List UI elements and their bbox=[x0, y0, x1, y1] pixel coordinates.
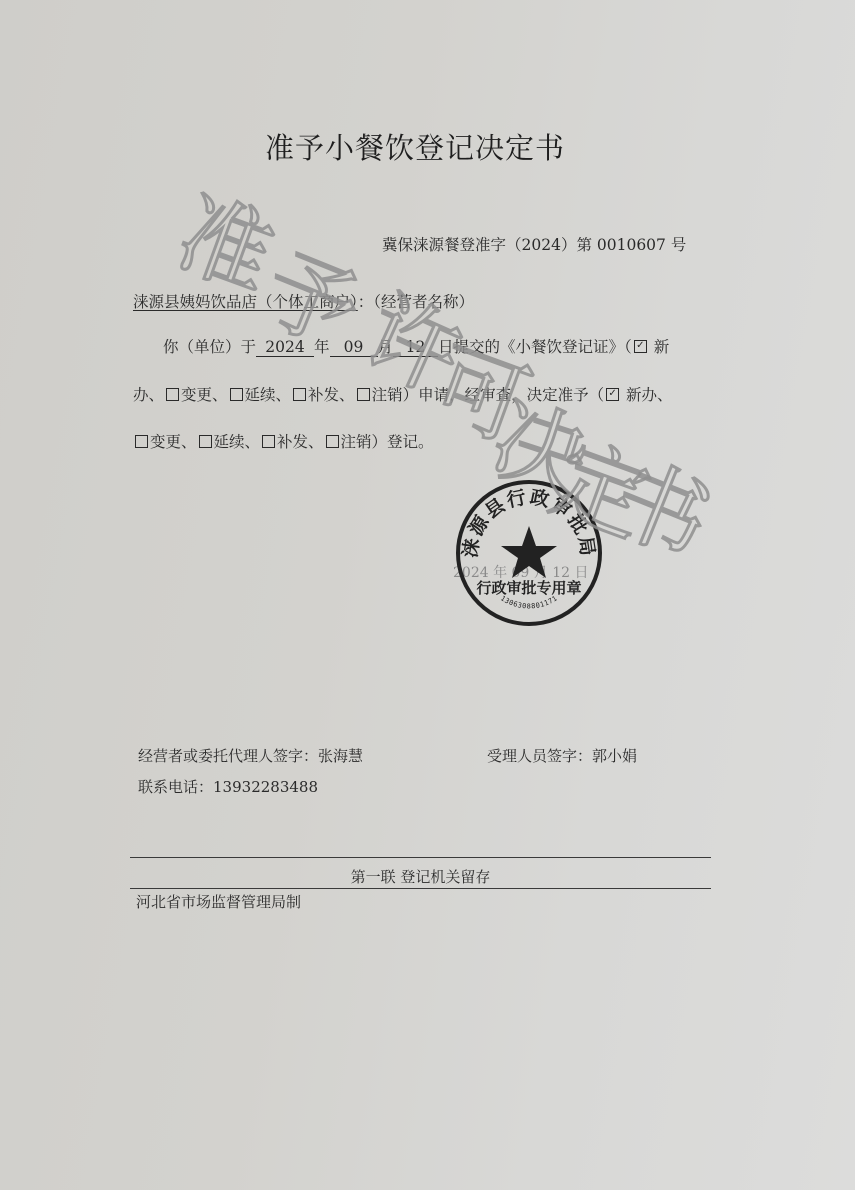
applied-cancel-label: 注销）申请，经审查，决定准予（ bbox=[372, 386, 605, 404]
applied-change-label: 变更、 bbox=[181, 386, 228, 404]
body-line-3: 变更、延续、补发、注销）登记。 bbox=[133, 430, 434, 452]
issuer-label: 河北省市场监督管理局制 bbox=[136, 891, 301, 912]
approved-change-label: 变更、 bbox=[150, 433, 197, 451]
svg-text:书: 书 bbox=[599, 444, 724, 578]
body-prefix: 你（单位）于 bbox=[163, 338, 256, 356]
receiver-signature-label: 受理人员签字： bbox=[487, 747, 592, 765]
applied-cancel-checkbox bbox=[357, 388, 370, 401]
applied-renew-checkbox bbox=[230, 388, 243, 401]
applied-new-checkbox bbox=[634, 340, 647, 353]
approved-reissue-checkbox bbox=[262, 435, 275, 448]
operator-name: 涞源县姨妈饮品店（个体工商户） bbox=[133, 293, 358, 311]
year-field: 2024 bbox=[256, 339, 314, 357]
body-line-2: 办、变更、延续、补发、注销）申请，经审查，决定准予（ 新办、 bbox=[133, 383, 673, 405]
day-field: 12 bbox=[393, 339, 438, 357]
operator-suffix: ：（经营者名称） bbox=[358, 293, 474, 311]
contact-phone: 联系电话：13932283488 bbox=[138, 776, 318, 797]
phone-label: 联系电话： bbox=[138, 778, 213, 796]
receiver-signature: 受理人员签字：郭小娟 bbox=[487, 745, 637, 766]
body-line-1: 你（单位）于2024年09月12日提交的《小餐饮登记证》（ 新 bbox=[163, 335, 669, 357]
document-page: 准予小餐饮登记决定书 冀保涞源餐登准字（2024）第 0010607 号 涞源县… bbox=[0, 0, 855, 1190]
document-title: 准予小餐饮登记决定书 bbox=[0, 126, 830, 167]
applied-change-checkbox bbox=[166, 388, 179, 401]
operator-signature: 经营者或委托代理人签字：张海慧 bbox=[138, 745, 363, 766]
operator-signature-label: 经营者或委托代理人签字： bbox=[138, 747, 318, 765]
seal-purpose: 行政审批专用章 bbox=[476, 579, 581, 597]
day-unit: 日提交的《小餐饮登记证》（ bbox=[438, 338, 632, 356]
copy-label: 第一联 登记机关留存 bbox=[130, 866, 711, 887]
month-field: 09 bbox=[330, 339, 378, 357]
approved-change-checkbox bbox=[135, 435, 148, 448]
applied-new-label-part2: 办、 bbox=[133, 386, 164, 404]
approved-cancel-checkbox bbox=[326, 435, 339, 448]
phone-number: 13932283488 bbox=[213, 778, 318, 796]
applied-reissue-checkbox bbox=[293, 388, 306, 401]
operator-signature-name: 张海慧 bbox=[318, 747, 363, 765]
approved-cancel-label: 注销）登记。 bbox=[341, 433, 434, 451]
watermark-icon: 准予许可决定书 bbox=[0, 0, 855, 1190]
applied-reissue-label: 补发、 bbox=[308, 386, 355, 404]
official-seal-icon: 涞源县行政审批局 行政审批专用章 1306308801171 bbox=[454, 478, 604, 628]
divider-bottom bbox=[130, 888, 711, 889]
approved-renew-label: 延续、 bbox=[214, 433, 261, 451]
year-unit: 年 bbox=[314, 338, 330, 356]
applied-new-label-part1: 新 bbox=[654, 338, 670, 356]
receiver-signature-name: 郭小娟 bbox=[592, 747, 637, 765]
document-number: 冀保涞源餐登准字（2024）第 0010607 号 bbox=[382, 233, 686, 255]
approved-renew-checkbox bbox=[199, 435, 212, 448]
approved-reissue-label: 补发、 bbox=[277, 433, 324, 451]
approved-new-checkbox bbox=[606, 388, 619, 401]
applied-renew-label: 延续、 bbox=[245, 386, 292, 404]
month-unit: 月 bbox=[378, 338, 394, 356]
divider-top bbox=[130, 857, 711, 858]
operator-line: 涞源县姨妈饮品店（个体工商户）：（经营者名称） bbox=[133, 290, 474, 312]
approved-new-label: 新办、 bbox=[626, 386, 673, 404]
